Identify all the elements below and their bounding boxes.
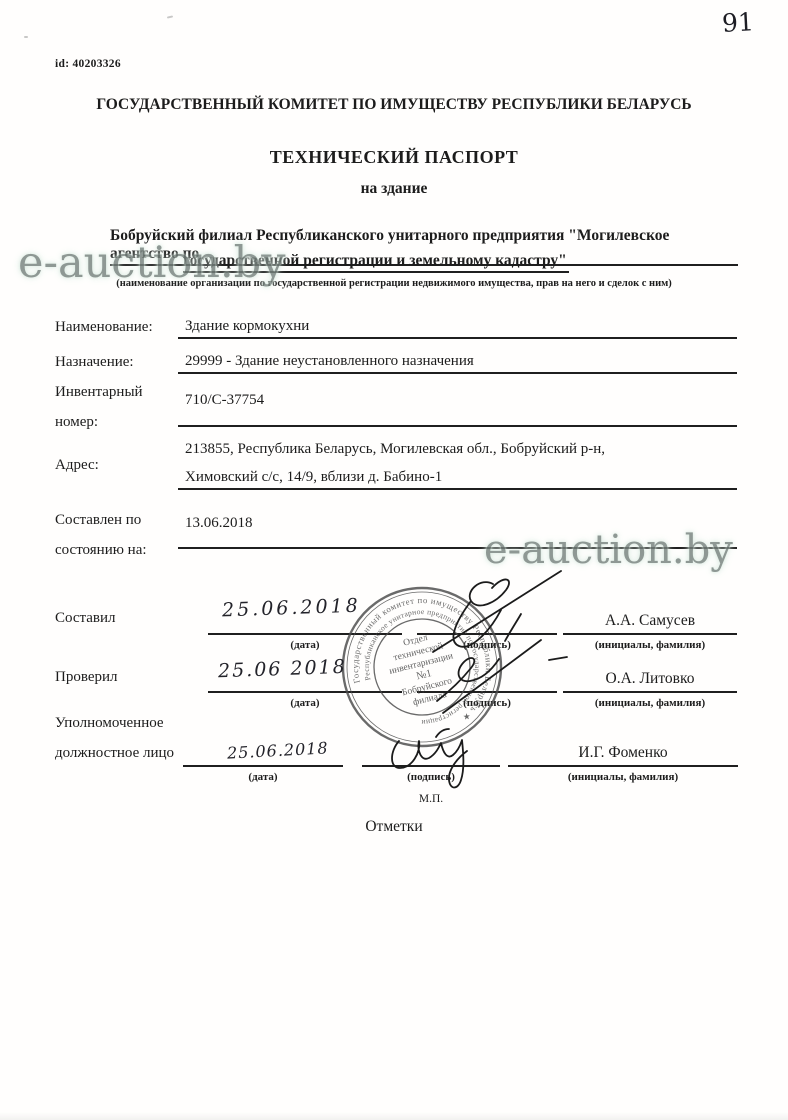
committee-name: ГОСУДАРСТВЕННЫЙ КОМИТЕТ ПО ИМУЩЕСТВУ РЕС… [0, 96, 788, 114]
field-address-value-line2: Химовский с/с, 14/9, вблизи д. Бабино-1 [185, 469, 442, 486]
name-caption: (инициалы, фамилия) [563, 639, 737, 651]
marks-section-title: Отметки [0, 818, 788, 836]
field-asof-label: Составлен по состоянию на: [55, 505, 175, 565]
field-address-line: Химовский с/с, 14/9, вблизи д. Бабино-1 [178, 466, 737, 490]
field-inventory-label: Инвентарный номер: [55, 377, 170, 437]
scan-speck [24, 36, 28, 38]
organization-line2: государственной регистрации и земельному… [183, 252, 569, 273]
signature-row-checked-label: Проверил [55, 662, 118, 692]
sign-caption: (подпись) [362, 771, 500, 783]
field-name-value: Здание кормокухни [185, 318, 309, 335]
name-caption: (инициалы, фамилия) [508, 771, 738, 783]
checked-name-line: О.А. Литовко [563, 664, 737, 693]
scan-speck [167, 15, 173, 18]
checked-name: О.А. Литовко [563, 670, 737, 688]
document-title: ТЕХНИЧЕСКИЙ ПАСПОРТ [0, 147, 788, 168]
field-inventory-line [178, 404, 737, 427]
compiled-name: А.А. Самусев [563, 612, 737, 630]
compiled-name-line: А.А. Самусев [563, 606, 737, 635]
field-address-label: Адрес: [55, 450, 99, 480]
field-asof-line [178, 526, 737, 549]
field-address-value-line1: 213855, Республика Беларусь, Могилевская… [185, 441, 605, 458]
official-name: И.Г. Фоменко [508, 744, 738, 762]
document-subtitle: на здание [0, 180, 788, 198]
date-caption: (дата) [183, 771, 343, 783]
signature-row-compiled-label: Составил [55, 603, 116, 633]
field-name-line: Здание кормокухни [178, 315, 737, 339]
field-purpose-value: 29999 - Здание неустановленного назначен… [185, 353, 474, 370]
organization-caption: (наименование организации по государстве… [0, 278, 788, 289]
round-stamp-seal: Государственный комитет по имуществу Рес… [338, 583, 506, 751]
seal-placeholder: М.П. [362, 793, 500, 805]
name-caption: (инициалы, фамилия) [563, 697, 737, 709]
field-purpose-label: Назначение: [55, 347, 134, 377]
stamp-center-text: Отдел технической инвентаризации №1 Бобр… [383, 628, 463, 712]
field-purpose-line: 29999 - Здание неустановленного назначен… [178, 350, 737, 374]
svg-text:№1: №1 [415, 668, 432, 682]
document-page: id: 40203326 91 ГОСУДАРСТВЕННЫЙ КОМИТЕТ … [0, 0, 788, 1120]
official-name-line: И.Г. Фоменко [508, 738, 738, 767]
handwritten-page-number: 91 [721, 7, 754, 38]
field-name-label: Наименование: [55, 312, 153, 342]
checked-handwritten-date: 25.06 2018 [218, 656, 347, 682]
scan-id: id: 40203326 [55, 58, 121, 70]
